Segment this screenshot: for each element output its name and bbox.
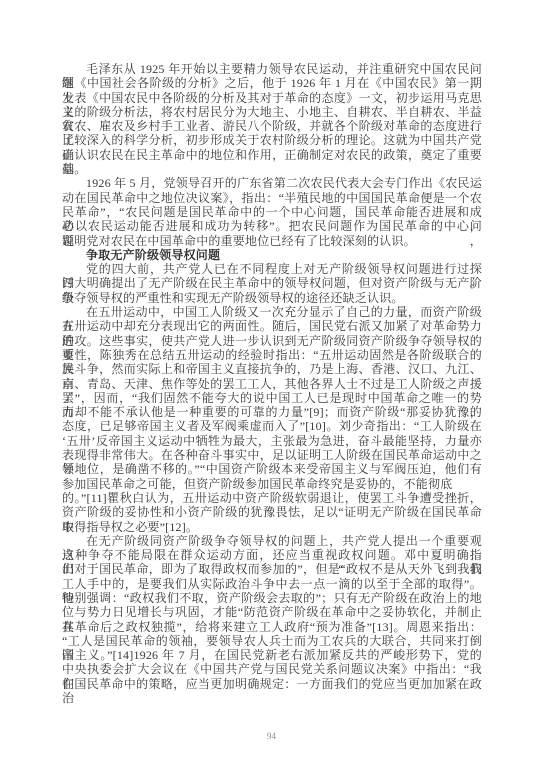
text-line: 争取无产阶级领导权问题 bbox=[62, 248, 482, 262]
text-line: 贫农、雇农及乡村手工业者、游民八个阶级，并就各个阶级对革命的态度进行了 bbox=[62, 119, 482, 133]
text-line: 而却不能不承认他是一种重要的可靠的力量”[9]；而资产阶级“那妥协犹豫的 bbox=[62, 405, 482, 419]
text-line: 五卅运动中却充分表现出它的两面性。随后，国民党右派又加紧了对革命势力的 bbox=[62, 319, 482, 333]
text-line: 们对于国民革命，即为了取得政权而参加的”，但是“政权不是从天外飞到我们 bbox=[62, 562, 482, 576]
text-line: 毛泽东从 1925 年开始以主要精力领导农民运动，并注重研究中国农民问题， bbox=[62, 62, 482, 76]
text-line: 必以农民运动能否进展和成功为转移”。把农民问题作为国民革命的中心问题， bbox=[62, 219, 482, 233]
paragraph: 党的四大前，共产党人已在不同程度上对无产阶级领导权问题进行过探讨。四大明确提出了… bbox=[62, 262, 482, 305]
text-line: 族斗争，然而实际上和帝国主义直接抗争的，乃是上海、香港、汉口、九江、南 bbox=[62, 362, 482, 376]
paragraph: 在五卅运动中，中国工人阶级又一次充分显示了自己的力量，而资产阶级在五卅运动中却充… bbox=[62, 305, 482, 534]
text-line: 础。 bbox=[62, 162, 482, 176]
text-line: 特别强调：“政权我们不取，资产阶级会去取的”；只有无产阶级在政治上的地 bbox=[62, 591, 482, 605]
text-line: 了”，因而，“我们固然不能夸大的说中国工人已是现时中国革命之唯一的势力， bbox=[62, 391, 482, 405]
text-line: 参加国民革命之可能，但资产阶级参加国民革命终究是妥协的，不能彻底 bbox=[62, 477, 482, 491]
text-line: 的。”[11]瞿秋白认为，五卅运动中资产阶级软弱退让，使罢工斗争遭受挫折， bbox=[62, 491, 482, 505]
text-line: “工人是国民革命的领袖，要领导农人兵士而为工农兵的大联合，共同来打倒帝 bbox=[62, 634, 482, 648]
text-line: 进攻。这些事实，使共产党人进一步认识到无产阶级同资产阶级争夺领导权的重 bbox=[62, 334, 482, 348]
text-line: 义的阶级分析法，将农村居民分为大地主、小地主、自耕农、半自耕农、半益农、 bbox=[62, 105, 482, 119]
paragraph: 毛泽东从 1925 年开始以主要精力领导农民运动，并注重研究中国农民问题，继《中… bbox=[62, 62, 482, 176]
text-line: 在无产阶级同资产阶级争夺领导权的问题上，共产党人提出一个重要观点： bbox=[62, 534, 482, 548]
text-line: 争夺领导权的严重性和实现无产阶级领导权的途径还缺乏认识。 bbox=[62, 291, 482, 305]
text-line: 继《中国社会各阶级的分析》之后，他于 1926 年 1 月在《中国农民》第一期上 bbox=[62, 76, 482, 90]
text-line: 位与势力日见增长与巩固，才能“防范资产阶级在革命中之妥协软化，并制止其 bbox=[62, 605, 482, 619]
text-line: 这种争夺不能局限在群众运动方面，还应当重视政权问题。邓中夏明确指出：“我 bbox=[62, 548, 482, 562]
text-line: 在国民革命中的策略，应当更加明确规定：一方面我们的党应当更加加紧在政治 bbox=[62, 677, 482, 691]
text-line: 中央执委会扩大会议在《中国共产党与国民党关系问题议决案》中指出：“我们 bbox=[62, 662, 482, 676]
text-line: 确认识农民在民主革命中的地位和作用，正确制定对农民的政策，奠定了重要基 bbox=[62, 148, 482, 162]
text-line: 发表《中国农民中各阶级的分析及其对于革命的态度》一文，初步运用马克思主 bbox=[62, 91, 482, 105]
page-number: 94 bbox=[0, 731, 543, 741]
text-line: 国主义。”[14]1926 年 7 月，在国民党新老右派加紧反共的严峻形势下，党… bbox=[62, 648, 482, 662]
text-line: 工人手中的，是要我们从实际政治斗争中去一点一滴的以至于全部的取得”。他 bbox=[62, 577, 482, 591]
text-line: 党的四大前，共产党人已在不同程度上对无产阶级领导权问题进行过探讨。 bbox=[62, 262, 482, 276]
section-heading: 争取无产阶级领导权问题 bbox=[62, 248, 482, 262]
paragraph: 在无产阶级同资产阶级争夺领导权的问题上，共产党人提出一个重要观点：这种争夺不能局… bbox=[62, 534, 482, 691]
text-line: 民革命”，“农民问题是国民革命中的一个中心问题，国民革命能否进展和成功， bbox=[62, 205, 482, 219]
text-line: ‘五卅’反帝国主义运动中牺牲为最大，主张最为急进，奋斗最能坚持，力量亦 bbox=[62, 434, 482, 448]
text-line: 表现得非常伟大。在各种奋斗事实中，足以证明工人阶级在国民革命运动中之领 bbox=[62, 448, 482, 462]
text-line: 导地位，是确凿不移的。”“中国资产阶级本来受帝国主义与军阀压迫，他们有 bbox=[62, 462, 482, 476]
text-line: 在五卅运动中，中国工人阶级又一次充分显示了自己的力量，而资产阶级在 bbox=[62, 305, 482, 319]
document-page: 毛泽东从 1925 年开始以主要精力领导农民运动，并注重研究中国农民问题，继《中… bbox=[0, 0, 543, 768]
text-line: 在革命后之政权独揽”，给将来建立工人政府“预为准备”[13]。周恩来指出： bbox=[62, 620, 482, 634]
text-line: 态度，已足够帝国主义者及军阀乘虚而入了”[10]。刘少奇指出：“工人阶级在 bbox=[62, 419, 482, 433]
text-line: 动在国民革命中之地位决议案》，指出：“半殖民地的中国国民革命便是一个农 bbox=[62, 191, 482, 205]
text-column: 毛泽东从 1925 年开始以主要精力领导农民运动，并注重研究中国农民问题，继《中… bbox=[62, 62, 482, 691]
text-line: 资产阶级的妥协性和小资产阶级的犹豫畏怯，足以“证明无产阶级在国民革命中 bbox=[62, 505, 482, 519]
text-line: 比较深入的科学分析，初步形成关于农村阶级分析的理论。这就为中国共产党正 bbox=[62, 133, 482, 147]
text-line: 京、青岛、天津、焦作等处的罢工工人，其他各界人士不过是工人阶级之声援罢 bbox=[62, 377, 482, 391]
text-line: 要性，陈独秀在总结五卅运动的经验时指出：“五卅运动固然是各阶级联合的民 bbox=[62, 348, 482, 362]
text-line: 取得指导权之必要”[12]。 bbox=[62, 520, 482, 534]
text-line: 四大明确提出了无产阶级在民主革命中的领导权问题，但对资产阶级与无产阶级 bbox=[62, 276, 482, 290]
text-line: 1926 年 5 月，党领导召开的广东省第二次农民代表大会专门作出《农民运 bbox=[62, 176, 482, 190]
paragraph: 1926 年 5 月，党领导召开的广东省第二次农民代表大会专门作出《农民运动在国… bbox=[62, 176, 482, 247]
